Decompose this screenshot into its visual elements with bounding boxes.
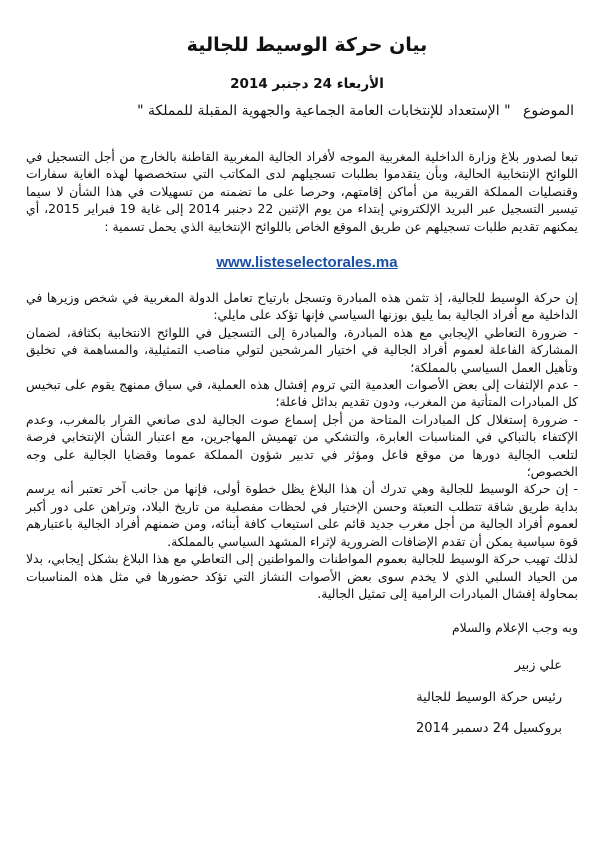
document-title: بيان حركة الوسيط للجالية — [0, 34, 614, 56]
main-body: إن حركة الوسيط للجالية، إذ تثمن هذه المب… — [26, 289, 578, 602]
subject-label: الموضوع — [523, 103, 574, 119]
website-link[interactable]: www.listeselectorales.ma — [216, 254, 397, 271]
intro-text: تبعا لصدور بلاغ وزارة الداخلية المغربية … — [26, 148, 578, 235]
closing-greeting: وبه وجب الإعلام والسلام — [26, 620, 578, 635]
document-date: الأربعاء 24 دجنبر 2014 — [0, 76, 614, 92]
signature-place-date: بروكسيل 24 دسمبر 2014 — [416, 721, 562, 736]
document-page: بيان حركة الوسيط للجالية الأربعاء 24 دجن… — [0, 0, 614, 852]
paragraph-point-register: - ضرورة التعاطي الإيجابي مع هذه المبادرة… — [26, 324, 578, 376]
website-link-line: www.listeselectorales.ma — [0, 252, 614, 271]
paragraph-point-first-step: - إن حركة الوسيط للجالية وهي تدرك أن هذا… — [26, 480, 578, 550]
paragraph-point-ignore-voices: - عدم الإلتفات إلى بعض الأصوات العدمية ا… — [26, 376, 578, 411]
paragraph-point-use-initiatives: - ضرورة إستغلال كل المبادرات المتاحة من … — [26, 411, 578, 481]
signature-role: رئيس حركة الوسيط للجالية — [416, 690, 562, 705]
subject-text: " الإستعداد للإنتخابات العامة الجماعية و… — [137, 103, 510, 119]
paragraph-call-to-action: لذلك تهيب حركة الوسيط للجالية بعموم المو… — [26, 550, 578, 602]
paragraph-commitment: إن حركة الوسيط للجالية، إذ تثمن هذه المب… — [26, 289, 578, 324]
signature-name: علي زبير — [515, 658, 562, 673]
subject-line: الموضوع " الإستعداد للإنتخابات العامة ال… — [34, 103, 574, 119]
intro-paragraph: تبعا لصدور بلاغ وزارة الداخلية المغربية … — [26, 148, 578, 235]
